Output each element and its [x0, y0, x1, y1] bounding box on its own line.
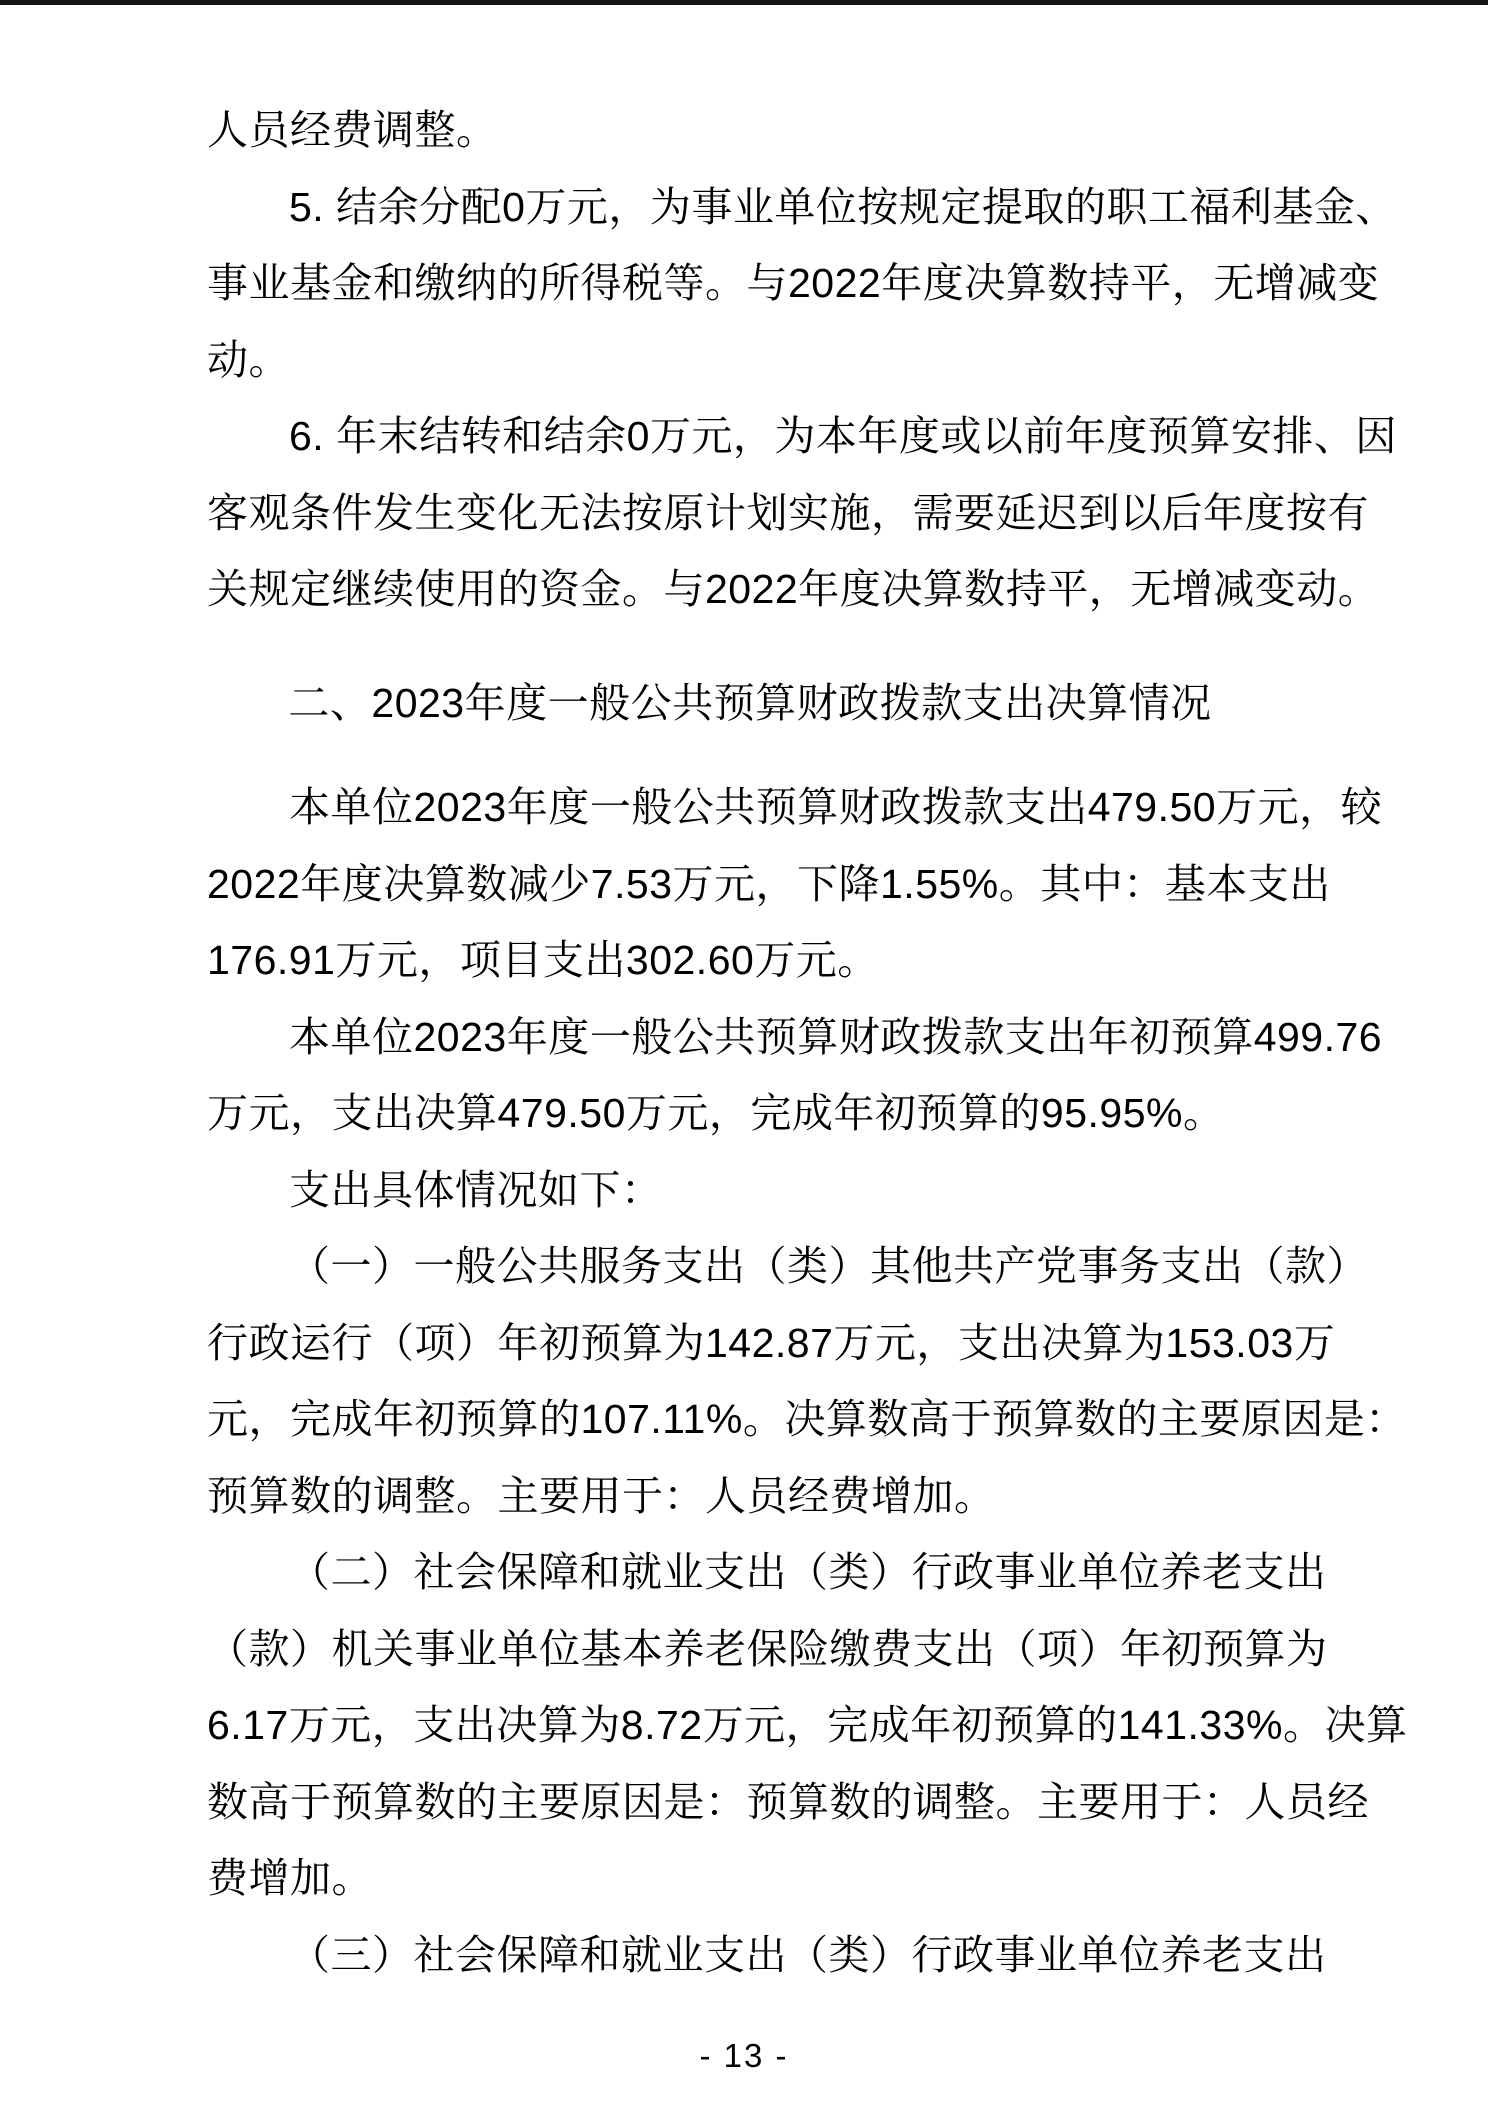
text-line: 数高于预算数的主要原因是：预算数的调整。主要用于：人员经: [207, 1764, 1293, 1841]
text-line: 费增加。: [207, 1840, 1293, 1917]
text-line: （款）机关事业单位基本养老保险缴费支出（项）年初预算为: [207, 1611, 1293, 1688]
text-line: 5. 结余分配0万元，为事业单位按规定提取的职工福利基金、: [207, 169, 1293, 246]
text-line: 关规定继续使用的资金。与2022年度决算数持平，无增减变动。: [207, 551, 1293, 628]
text-line: （二）社会保障和就业支出（类）行政事业单位养老支出: [207, 1534, 1293, 1611]
text-line: （一）一般公共服务支出（类）其他共产党事务支出（款）: [207, 1228, 1293, 1305]
text-line: 元，完成年初预算的107.11%。决算数高于预算数的主要原因是：: [207, 1381, 1293, 1458]
scan-edge-artifact: [0, 0, 1488, 5]
text-line: 6.17万元，支出决算为8.72万元，完成年初预算的141.33%。决算: [207, 1687, 1293, 1764]
text-line: 本单位2023年度一般公共预算财政拨款支出年初预算499.76: [207, 999, 1293, 1076]
page-number: - 13 -: [0, 2036, 1488, 2076]
text-line: 176.91万元，项目支出302.60万元。: [207, 922, 1293, 999]
text-line: 预算数的调整。主要用于：人员经费增加。: [207, 1458, 1293, 1535]
text-line: 客观条件发生变化无法按原计划实施，需要延迟到以后年度按有: [207, 475, 1293, 552]
text-line: 6. 年末结转和结余0万元，为本年度或以前年度预算安排、因: [207, 398, 1293, 475]
text-line: 行政运行（项）年初预算为142.87万元，支出决算为153.03万: [207, 1305, 1293, 1382]
text-line: 2022年度决算数减少7.53万元，下降1.55%。其中：基本支出: [207, 846, 1293, 923]
text-line: 人员经费调整。: [207, 92, 1293, 169]
text-line: 支出具体情况如下：: [207, 1152, 1293, 1229]
text-line: 事业基金和缴纳的所得税等。与2022年度决算数持平，无增减变: [207, 245, 1293, 322]
section-heading: 二、2023年度一般公共预算财政拨款支出决算情况: [207, 665, 1293, 742]
text-line: 万元，支出决算479.50万元，完成年初预算的95.95%。: [207, 1075, 1293, 1152]
text-line: 本单位2023年度一般公共预算财政拨款支出479.50万元，较: [207, 769, 1293, 846]
document-body: 人员经费调整。 5. 结余分配0万元，为事业单位按规定提取的职工福利基金、 事业…: [207, 92, 1293, 1993]
text-line: （三）社会保障和就业支出（类）行政事业单位养老支出: [207, 1917, 1293, 1994]
text-line: 动。: [207, 322, 1293, 399]
